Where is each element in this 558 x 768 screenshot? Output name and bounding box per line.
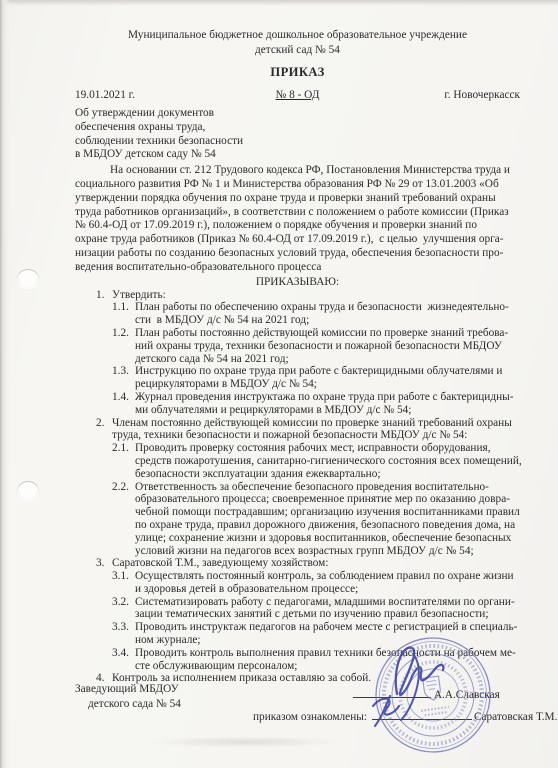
item-number: 3.: [96, 557, 112, 570]
order-item-3: 3.Саратовской Т.М., заведующему хозяйств…: [75, 557, 520, 570]
signer-position-line1: Заведующий МБДОУ: [75, 682, 181, 697]
item-text: План работы по обеспечению охраны труда …: [135, 301, 509, 326]
item-number: 2.2.: [112, 481, 135, 494]
order-item-2: 2.Членам постоянно действующей комиссии …: [75, 417, 520, 443]
item-number: 3.3.: [112, 621, 135, 634]
order-item-2-1: 2.1.Проводить проверку состояния рабочих…: [75, 442, 520, 480]
order-item-1-3: 1.3.Инструкцию по охране труда при работ…: [75, 365, 520, 391]
item-number: 1.1.: [112, 301, 135, 314]
signer-position-line2: детского сада № 54: [75, 697, 181, 712]
order-item-3-1: 3.1.Осуществлять постоянный контроль, за…: [75, 570, 520, 596]
item-number: 2.1.: [112, 442, 135, 455]
signer-position: Заведующий МБДОУ детского сада № 54: [75, 682, 181, 712]
item-text: Членам постоянно действующей комиссии по…: [112, 417, 512, 442]
order-item-1-1: 1.1.План работы по обеспечению охраны тр…: [75, 301, 520, 327]
org-name-line1: Муниципальное бюджетное дошкольное образ…: [75, 28, 520, 43]
document-number: № 8 - ОД: [276, 88, 320, 103]
item-text: Саратовской Т.М., заведующему хозяйством…: [112, 557, 328, 569]
item-text: План работы постоянно действующей комисс…: [135, 327, 508, 365]
order-item-1-2: 1.2.План работы постоянно действующей ко…: [75, 327, 520, 365]
document-city: г. Новочеркасск: [319, 88, 520, 103]
order-item-3-2: 3.2.Систематизировать работу с педагогам…: [75, 596, 520, 622]
item-number: 3.1.: [112, 570, 135, 583]
order-item-2-2: 2.2.Ответственность за обеспечение безоп…: [75, 481, 520, 558]
item-number: 1.: [96, 289, 112, 302]
document-type-title: ПРИКАЗ: [75, 64, 520, 80]
item-text: Утвердить:: [112, 289, 166, 301]
item-text: Журнал проведения инструктажа по охране …: [135, 391, 513, 416]
org-name-line2: детский сад № 54: [75, 43, 520, 58]
order-item-1-4: 1.4.Журнал проведения инструктажа по охр…: [75, 391, 520, 417]
order-list: 1.Утвердить: 1.1.План работы по обеспече…: [75, 289, 520, 686]
item-number: 1.4.: [112, 391, 135, 404]
signature-slavskaya-flourish: [401, 654, 419, 720]
document-subject: Об утверждении документов обеспечения ох…: [75, 107, 520, 162]
item-text: Проводить проверку состояния рабочих мес…: [135, 442, 522, 480]
meta-row: 19.01.2021 г. № 8 - ОД г. Новочеркасск: [75, 88, 520, 103]
item-text: Ответственность за обеспечение безопасно…: [135, 481, 520, 557]
item-text: Систематизировать работу с педагогами, м…: [135, 596, 515, 621]
document-page: Муниципальное бюджетное дошкольное образ…: [0, 0, 558, 768]
item-number: 3.4.: [112, 647, 135, 660]
handwritten-signatures: [345, 632, 475, 732]
item-text: Осуществлять постоянный контроль, за соб…: [135, 570, 514, 595]
item-number: 1.3.: [112, 365, 135, 378]
preamble-paragraph: На основании ст. 212 Трудового кодекса Р…: [75, 164, 520, 274]
order-item-1: 1.Утвердить:: [75, 289, 520, 302]
item-number: 1.2.: [112, 327, 135, 340]
item-text: Инструкцию по охране труда при работе с …: [135, 365, 502, 390]
item-number: 3.2.: [112, 596, 135, 609]
item-number: 2.: [96, 417, 112, 430]
resolution-word: ПРИКАЗЫВАЮ:: [75, 275, 520, 289]
document-date: 19.01.2021 г.: [75, 88, 276, 103]
